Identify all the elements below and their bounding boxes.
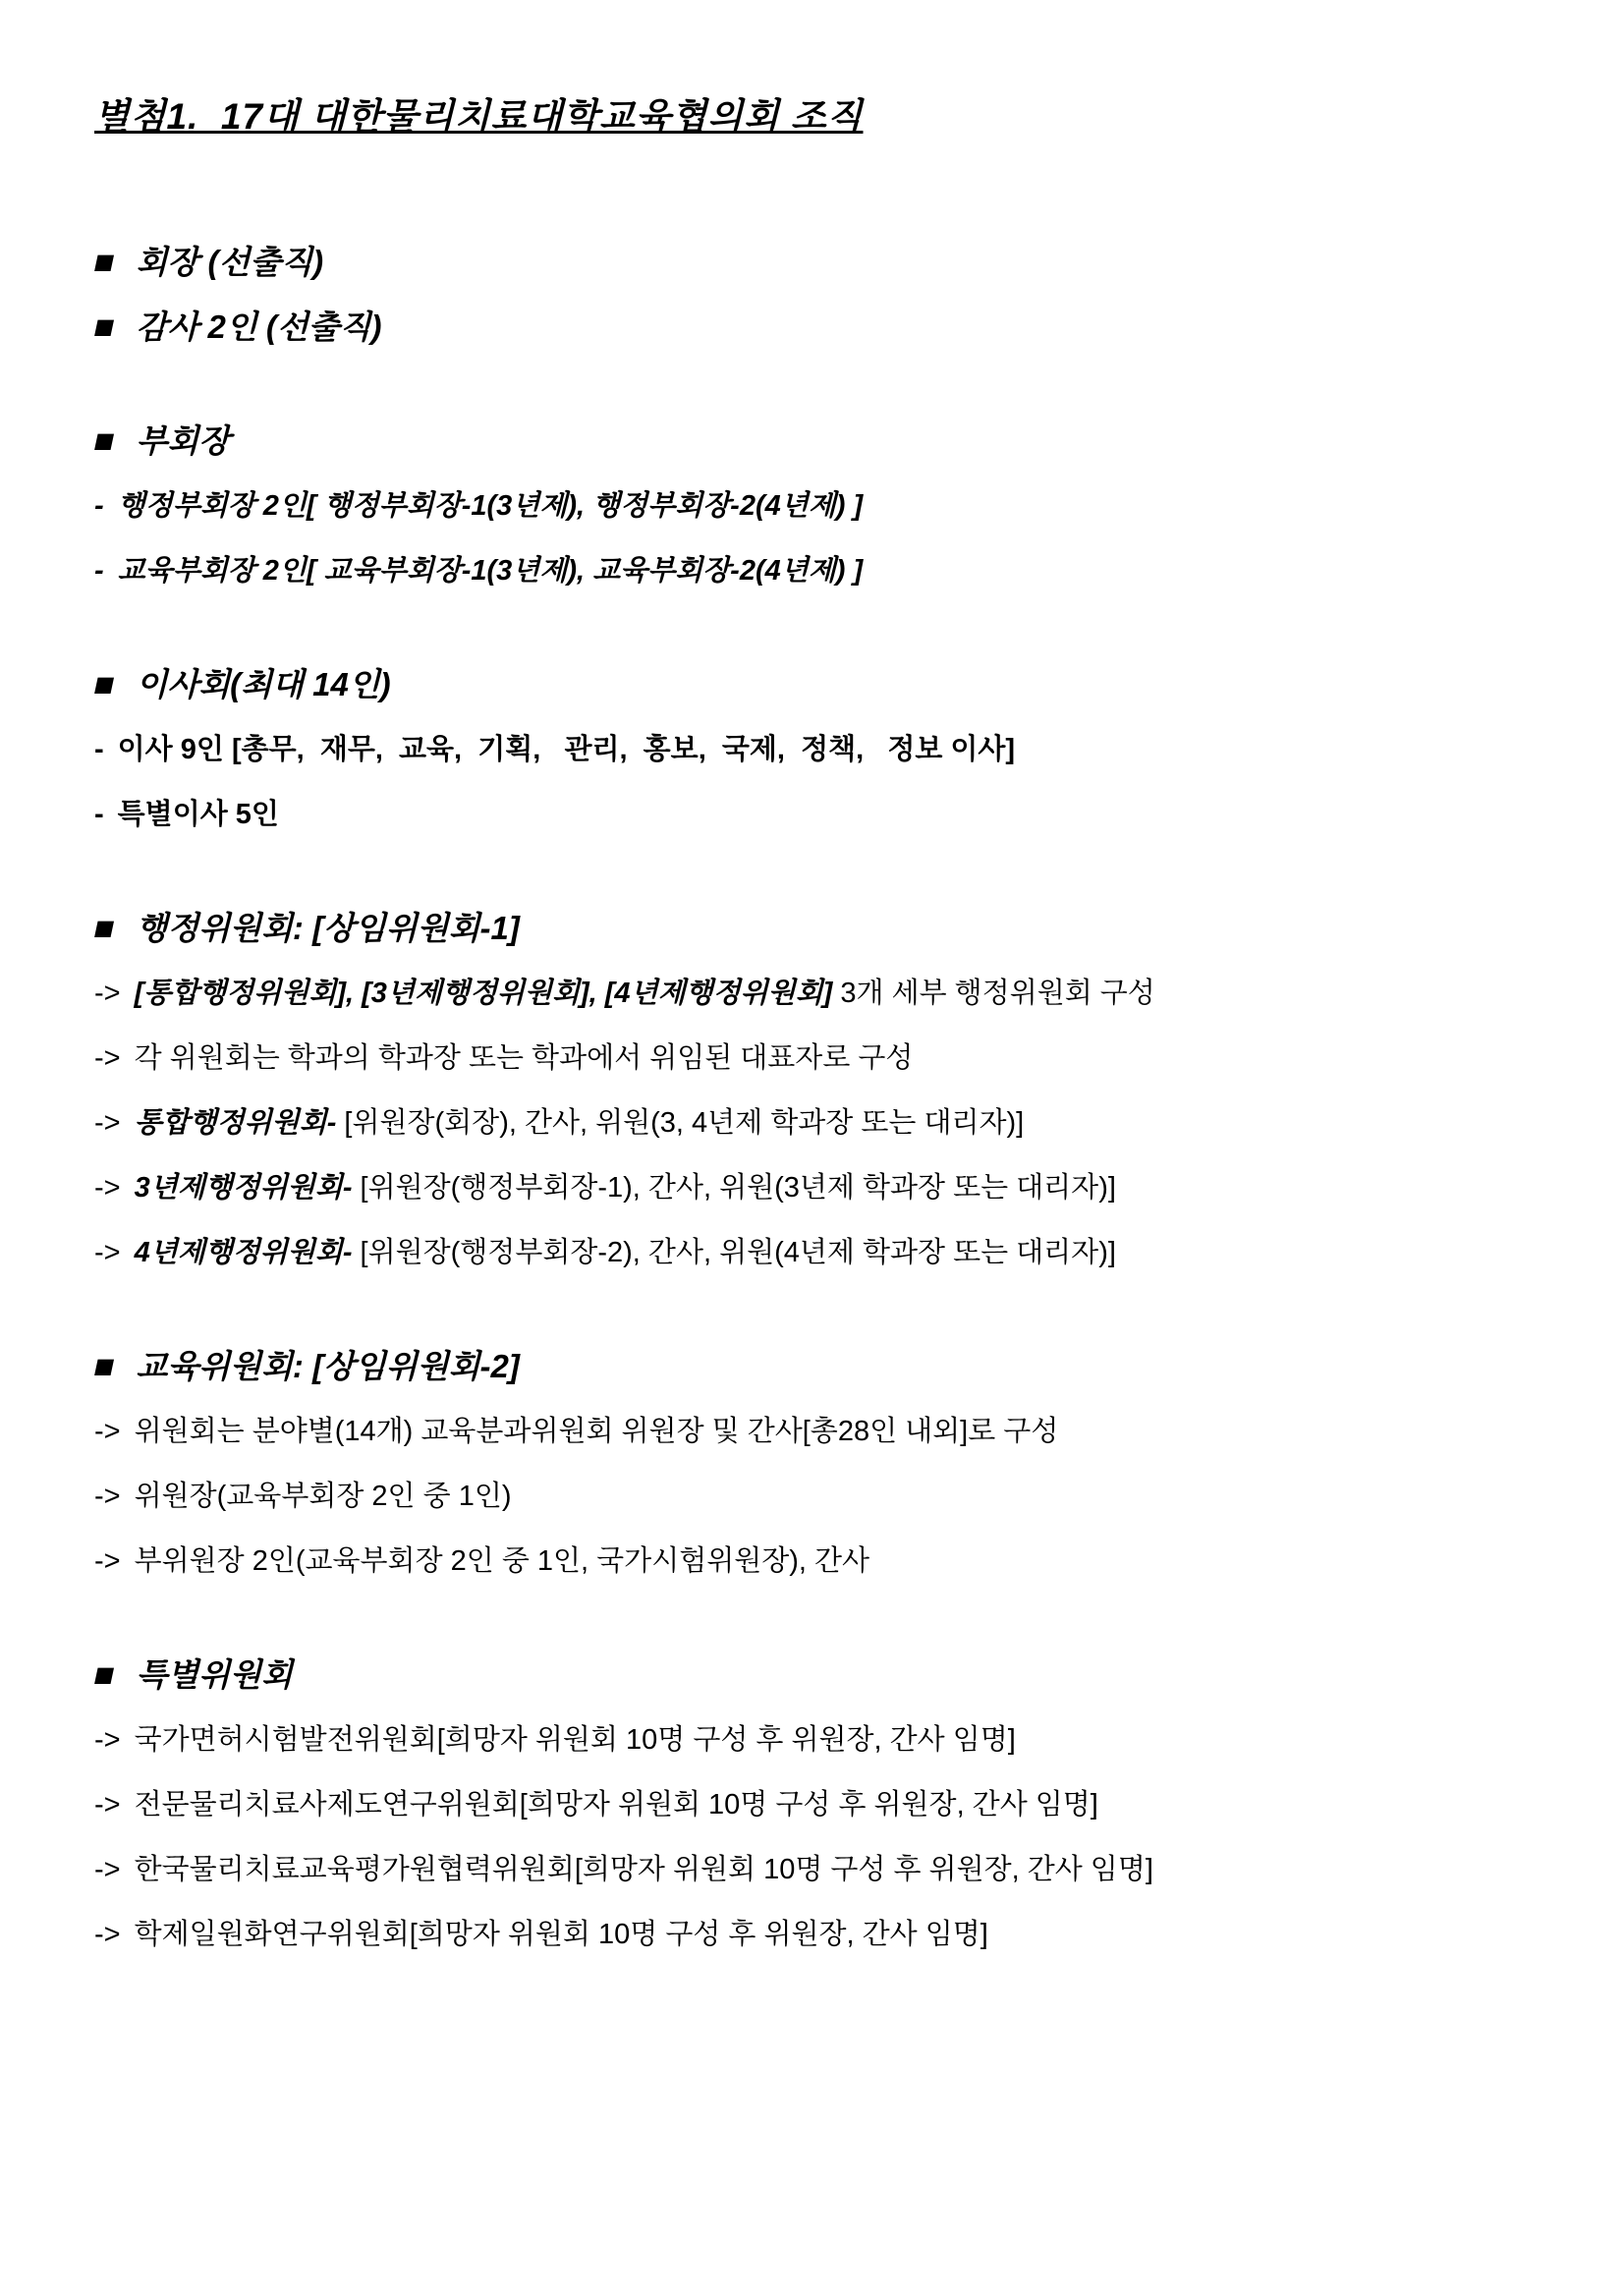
section-item: ->국가면허시험발전위원회[희망자 위원회 10명 구성 후 위원장, 간사 임… (94, 1708, 1565, 1772)
section-heading: ■부회장 (94, 409, 1565, 474)
section-heading: ■감사 2인 (선출직) (94, 295, 1565, 360)
item-marker: - (94, 782, 104, 847)
item-marker: - (94, 474, 104, 538)
text-segment: 국가면허시험발전위원회[희망자 위원회 10명 구성 후 위원장, 간사 임명] (135, 1724, 1016, 1756)
text-segment: 위원회는 분야별(14개) 교육분과위원회 위원장 및 간사[총28인 내외]로… (135, 1416, 1059, 1447)
square-bullet-icon: ■ (87, 295, 122, 360)
item-marker: -> (94, 1026, 121, 1091)
text-segment: 4년제행정위원회- (135, 1237, 353, 1268)
section-vice-chairman: ■부회장-행정부회장 2인[ 행정부회장-1(3년제), 행정부회장-2(4년제… (94, 409, 1565, 603)
section-admin-committee: ■행정위원회: [상임위원회-1]->[통합행정위원회], [3년제행정위원회]… (94, 896, 1565, 1285)
section-special-committee: ■특별위원회->국가면허시험발전위원회[희망자 위원회 10명 구성 후 위원장… (94, 1643, 1565, 1967)
item-marker: -> (94, 1220, 121, 1285)
item-marker: -> (94, 1399, 121, 1464)
section-item: ->한국물리치료교육평가원협력위원회[희망자 위원회 10명 구성 후 위원장,… (94, 1837, 1565, 1902)
item-marker: -> (94, 961, 121, 1026)
text-segment: [위원장(회장), 간사, 위원(3, 4년제 학과장 또는 대리자)] (336, 1107, 1024, 1139)
section-item: ->위원장(교육부회장 2인 중 1인) (94, 1464, 1565, 1529)
text-segment: 교육부회장 2인[ 교육부회장-1(3년제), 교육부회장-2(4년제) ] (118, 555, 863, 587)
section-heading: ■특별위원회 (94, 1643, 1565, 1708)
section-item: ->위원회는 분야별(14개) 교육분과위원회 위원장 및 간사[총28인 내외… (94, 1399, 1565, 1464)
section-heading: ■이사회(최대 14인) (94, 652, 1565, 717)
square-bullet-icon: ■ (87, 652, 122, 717)
text-segment: 학제일원화연구위원회[희망자 위원회 10명 구성 후 위원장, 간사 임명] (135, 1919, 988, 1950)
square-bullet-icon: ■ (87, 896, 122, 961)
text-segment: 통합행정위원회- (135, 1107, 337, 1139)
text-segment: 3년제행정위원회- (135, 1172, 353, 1204)
section-heading-text: 행정위원회: [상임위원회-1] (137, 910, 520, 946)
section-heading-text: 교육위원회: [상임위원회-2] (137, 1348, 520, 1384)
text-segment: 부위원장 2인(교육부회장 2인 중 1인, 국가시험위원장), 간사 (135, 1545, 869, 1577)
text-segment: 3개 세부 행정위원회 구성 (832, 978, 1155, 1009)
item-marker: -> (94, 1529, 121, 1594)
section-heading-text: 부회장 (137, 422, 231, 459)
section-item: ->4년제행정위원회- [위원장(행정부회장-2), 간사, 위원(4년제 학과… (94, 1220, 1565, 1285)
section-heading: ■회장 (선출직) (94, 230, 1565, 295)
document-page: 별첨1. 17대 대한물리치료대학교육협의회 조직 ■회장 (선출직)■감사 2… (0, 0, 1624, 2296)
section-heading: ■교육위원회: [상임위원회-2] (94, 1334, 1565, 1399)
section-heading-text: 이사회(최대 14인) (137, 666, 391, 702)
section-heading: ■행정위원회: [상임위원회-1] (94, 896, 1565, 961)
item-marker: -> (94, 1155, 121, 1220)
text-segment: 전문물리치료사제도연구위원회[희망자 위원회 10명 구성 후 위원장, 간사 … (135, 1789, 1098, 1820)
text-segment: 특별이사 5인 (118, 799, 279, 830)
section-item: -특별이사 5인 (94, 782, 1565, 847)
section-item: ->전문물리치료사제도연구위원회[희망자 위원회 10명 구성 후 위원장, 간… (94, 1772, 1565, 1837)
item-marker: - (94, 717, 104, 782)
item-marker: -> (94, 1837, 121, 1902)
page-title: 별첨1. 17대 대한물리치료대학교육협의회 조직 (94, 86, 1565, 140)
section-item: ->각 위원회는 학과의 학과장 또는 학과에서 위임된 대표자로 구성 (94, 1026, 1565, 1091)
item-marker: -> (94, 1464, 121, 1529)
section-education-committee: ■교육위원회: [상임위원회-2]->위원회는 분야별(14개) 교육분과위원회… (94, 1334, 1565, 1594)
text-segment: 이사 9인 [총무, 재무, 교육, 기획, 관리, 홍보, 국제, 정책, 정… (118, 734, 1015, 765)
section-item: -이사 9인 [총무, 재무, 교육, 기획, 관리, 홍보, 국제, 정책, … (94, 717, 1565, 782)
square-bullet-icon: ■ (87, 230, 122, 295)
section-heading-text: 회장 (선출직) (137, 244, 324, 280)
section-item: ->부위원장 2인(교육부회장 2인 중 1인, 국가시험위원장), 간사 (94, 1529, 1565, 1594)
square-bullet-icon: ■ (87, 1334, 122, 1399)
text-segment: 한국물리치료교육평가원협력위원회[희망자 위원회 10명 구성 후 위원장, 간… (135, 1854, 1153, 1885)
item-marker: -> (94, 1091, 121, 1155)
section-heading-text: 특별위원회 (137, 1656, 293, 1693)
text-segment: [위원장(행정부회장-1), 간사, 위원(3년제 학과장 또는 대리자)] (352, 1172, 1115, 1204)
item-marker: -> (94, 1708, 121, 1772)
item-marker: - (94, 538, 104, 603)
section-item: ->3년제행정위원회- [위원장(행정부회장-1), 간사, 위원(3년제 학과… (94, 1155, 1565, 1220)
section-item: ->[통합행정위원회], [3년제행정위원회], [4년제행정위원회] 3개 세… (94, 961, 1565, 1026)
section-chairman-auditor: ■회장 (선출직)■감사 2인 (선출직) (94, 230, 1565, 360)
item-marker: -> (94, 1772, 121, 1837)
text-segment: [통합행정위원회], [3년제행정위원회], [4년제행정위원회] (135, 978, 833, 1009)
square-bullet-icon: ■ (87, 1643, 122, 1708)
section-board-of-directors: ■이사회(최대 14인)-이사 9인 [총무, 재무, 교육, 기획, 관리, … (94, 652, 1565, 847)
text-segment: [위원장(행정부회장-2), 간사, 위원(4년제 학과장 또는 대리자)] (352, 1237, 1115, 1268)
sections-container: ■회장 (선출직)■감사 2인 (선출직)■부회장-행정부회장 2인[ 행정부회… (94, 230, 1565, 1967)
item-marker: -> (94, 1902, 121, 1967)
section-heading-text: 감사 2인 (선출직) (137, 308, 382, 345)
section-item: ->학제일원화연구위원회[희망자 위원회 10명 구성 후 위원장, 간사 임명… (94, 1902, 1565, 1967)
section-item: ->통합행정위원회- [위원장(회장), 간사, 위원(3, 4년제 학과장 또… (94, 1091, 1565, 1155)
section-item: -교육부회장 2인[ 교육부회장-1(3년제), 교육부회장-2(4년제) ] (94, 538, 1565, 603)
square-bullet-icon: ■ (87, 409, 122, 474)
text-segment: 각 위원회는 학과의 학과장 또는 학과에서 위임된 대표자로 구성 (135, 1042, 914, 1074)
text-segment: 위원장(교육부회장 2인 중 1인) (135, 1481, 512, 1512)
text-segment: 행정부회장 2인[ 행정부회장-1(3년제), 행정부회장-2(4년제) ] (118, 490, 863, 522)
section-item: -행정부회장 2인[ 행정부회장-1(3년제), 행정부회장-2(4년제) ] (94, 474, 1565, 538)
